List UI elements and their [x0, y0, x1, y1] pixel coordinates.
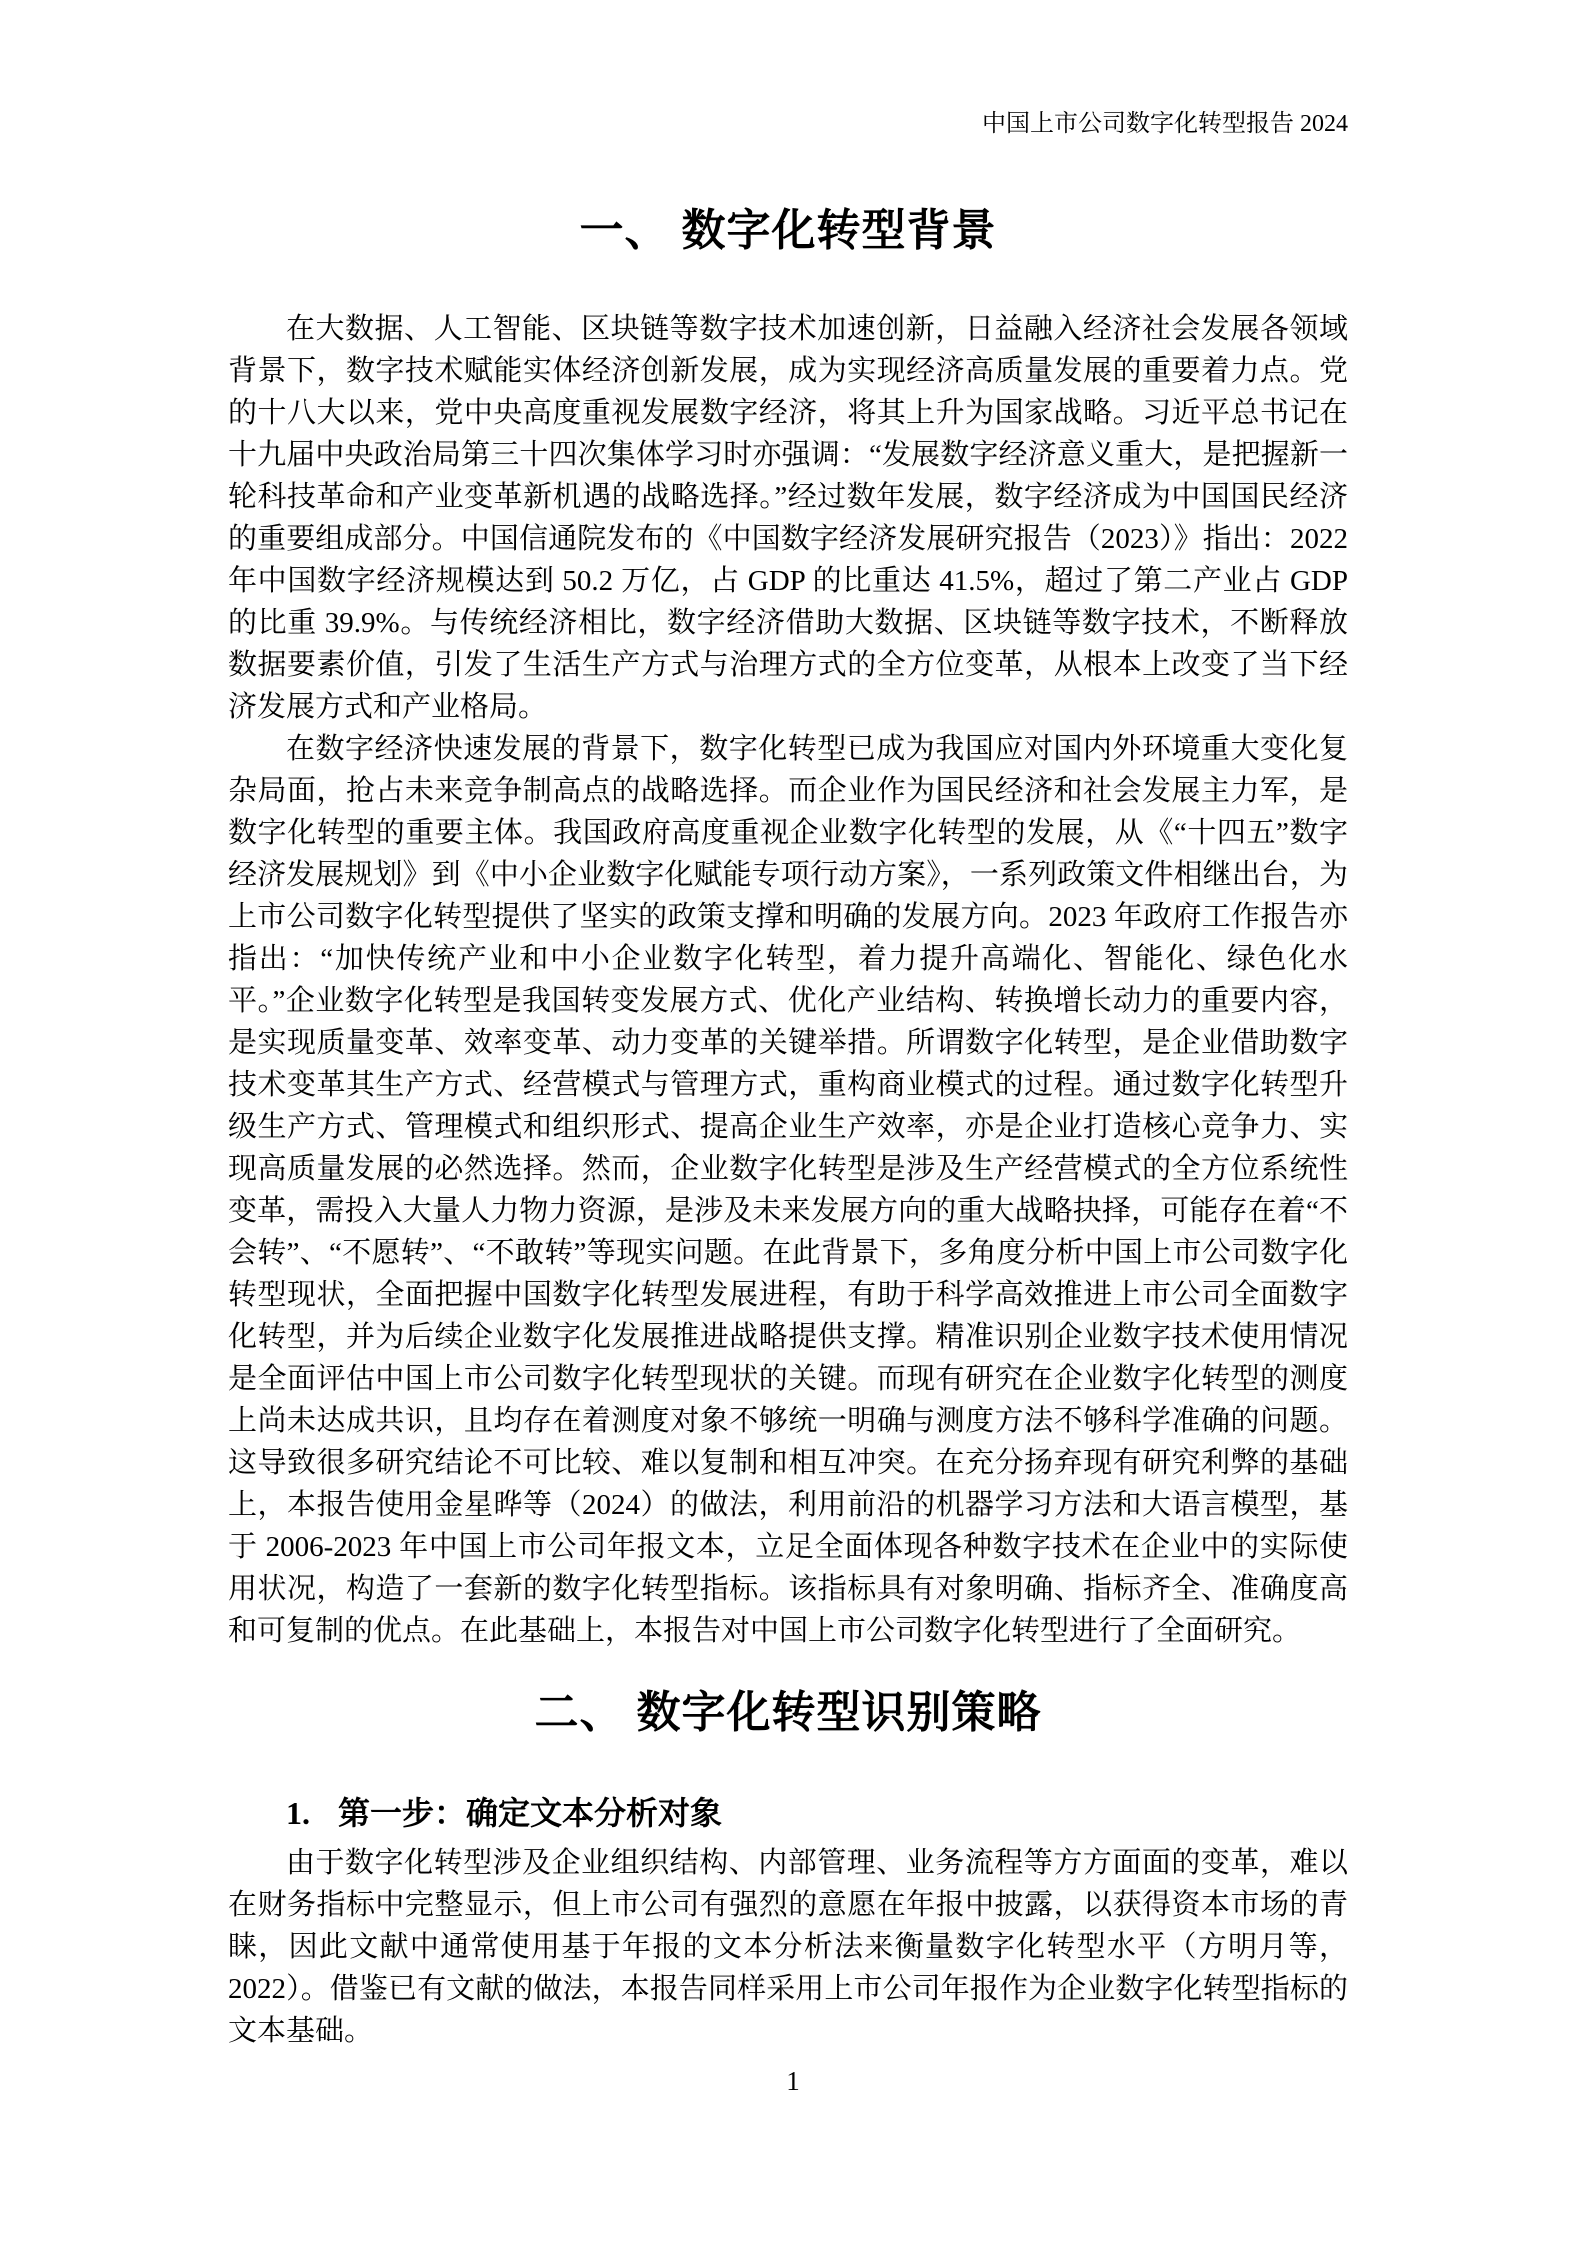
section-1-paragraph-2: 在数字经济快速发展的背景下，数字化转型已成为我国应对国内外环境重大变化复杂局面，… [228, 728, 1348, 1652]
section-2-paragraph-1: 由于数字化转型涉及企业组织结构、内部管理、业务流程等方方面面的变革，难以在财务指… [228, 1842, 1348, 2052]
section-1-paragraph-1: 在大数据、人工智能、区块链等数字技术加速创新，日益融入经济社会发展各领域背景下，… [228, 308, 1348, 728]
section-1-title: 一、 数字化转型背景 [228, 204, 1348, 258]
document-page: 中国上市公司数字化转型报告 2024 一、 数字化转型背景 在大数据、人工智能、… [0, 0, 1586, 2244]
subsection-number: 1. [286, 1792, 310, 1834]
section-2-title: 二、 数字化转型识别策略 [228, 1686, 1348, 1740]
subsection-title: 第一步：确定文本分析对象 [338, 1795, 722, 1831]
page-number: 1 [0, 2064, 1586, 2098]
subsection-heading: 1.第一步：确定文本分析对象 [228, 1792, 1348, 1834]
running-header: 中国上市公司数字化转型报告 2024 [228, 108, 1348, 140]
